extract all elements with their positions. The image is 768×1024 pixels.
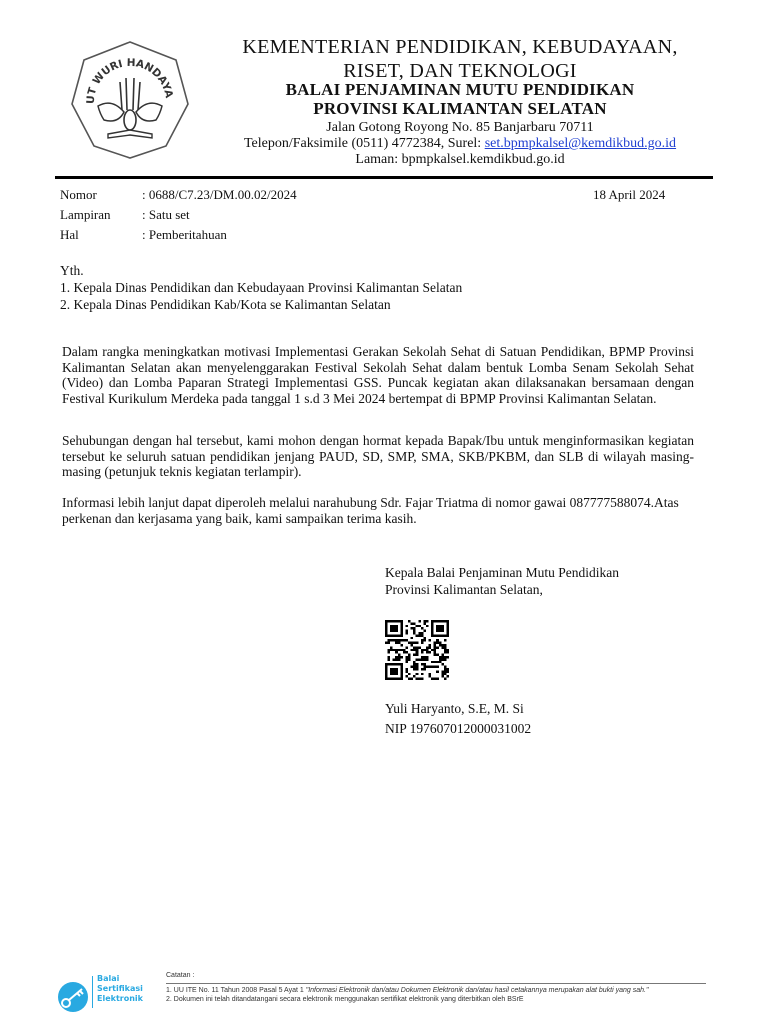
body-paragraph-1: Dalam rangka meningkatkan motivasi Imple… [62, 344, 694, 406]
qr-code-icon [385, 620, 449, 680]
nomor-label: Nomor [60, 187, 142, 203]
tut-wuri-handayani-logo-icon: TUT WURI HANDAYANI [68, 38, 192, 162]
letter-date: 18 April 2024 [593, 187, 665, 203]
bsre-key-logo-icon [55, 975, 95, 1015]
bsre-divider [92, 976, 93, 1008]
phone-text: Telepon/Faksimile (0511) 4772384, Surel: [244, 136, 485, 151]
institution-name-line1: BALAI PENJAMINAN MUTU PENDIDIKAN [200, 80, 720, 100]
notes-label: Catatan : [166, 972, 194, 979]
recipient-2: 2. Kepala Dinas Pendidikan Kab/Kota se K… [60, 297, 391, 313]
bsre-name: Balai Sertifikasi Elektronik [97, 974, 143, 1004]
body-paragraph-2: Sehubungan dengan hal tersebut, kami moh… [62, 433, 694, 480]
bsre-line3: Elektronik [97, 994, 143, 1004]
lampiran-label: Lampiran [60, 207, 142, 223]
contact-line: Telepon/Faksimile (0511) 4772384, Surel:… [200, 136, 720, 152]
lampiran-value: : Satu set [142, 207, 190, 222]
meta-lampiran: Lampiran: Satu set [60, 207, 190, 223]
bsre-line1: Balai [97, 974, 143, 984]
note-1: 1. UU ITE No. 11 Tahun 2008 Pasal 5 Ayat… [166, 987, 648, 994]
bsre-line2: Sertifikasi [97, 984, 143, 994]
signatory-title-line1: Kepala Balai Penjaminan Mutu Pendidikan [385, 565, 619, 581]
ministry-name-line1: KEMENTERIAN PENDIDIKAN, KEBUDAYAAN, [200, 36, 720, 59]
nomor-value: : 0688/C7.23/DM.00.02/2024 [142, 187, 297, 202]
address: Jalan Gotong Royong No. 85 Banjarbaru 70… [200, 120, 720, 136]
signatory-nip: NIP 197607012000031002 [385, 721, 531, 737]
letterhead-divider [55, 176, 713, 179]
hal-value: : Pemberitahuan [142, 227, 227, 242]
hal-label: Hal [60, 227, 142, 243]
note-1-prefix: 1. UU ITE No. 11 Tahun 2008 Pasal 5 Ayat… [166, 987, 306, 994]
notes-divider [166, 983, 706, 984]
email-link[interactable]: set.bpmpkalsel@kemdikbud.go.id [485, 136, 676, 151]
note-2: 2. Dokumen ini telah ditandatangani seca… [166, 996, 524, 1003]
website: Laman: bpmpkalsel.kemdikbud.go.id [200, 152, 720, 168]
institution-name-line2: PROVINSI KALIMANTAN SELATAN [200, 99, 720, 119]
signatory-name: Yuli Haryanto, S.E, M. Si [385, 701, 524, 717]
greeting: Yth. [60, 263, 84, 279]
meta-nomor: Nomor: 0688/C7.23/DM.00.02/2024 [60, 187, 297, 203]
recipient-1: 1. Kepala Dinas Pendidikan dan Kebudayaa… [60, 280, 462, 296]
note-1-quote: "Informasi Elektronik dan/atau Dokumen E… [306, 987, 649, 994]
signatory-title-line2: Provinsi Kalimantan Selatan, [385, 582, 543, 598]
meta-hal: Hal: Pemberitahuan [60, 227, 227, 243]
body-paragraph-3: Informasi lebih lanjut dapat diperoleh m… [62, 495, 694, 526]
